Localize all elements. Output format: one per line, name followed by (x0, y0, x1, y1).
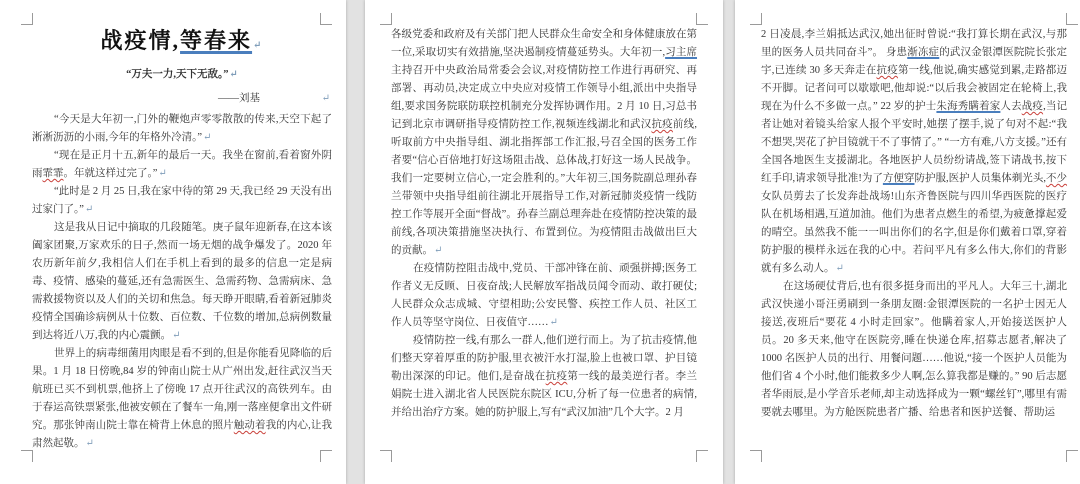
paragraph: ——刘基↵ (32, 87, 332, 111)
paragraph-mark-icon: ↵ (253, 40, 263, 51)
paragraph-mark-icon: ↵ (85, 204, 93, 215)
text-boundary-mark (1066, 450, 1078, 462)
paragraph-mark-icon: ↵ (86, 438, 94, 449)
text-boundary-mark (320, 13, 332, 25)
page-1-content: 战疫情,等春来↵“万夫一力,天下无敌。”↵——刘基↵“今天是大年初一,门外的鞭炮… (0, 0, 346, 450)
text-run: “万夫一力,天下无敌。” (126, 69, 228, 80)
paragraph: 2 日凌晨,李兰娟抵达武汉,她出征时曾说:“我打算长期在武汉,与那里的医务人员共… (761, 26, 1067, 278)
paragraph: “万夫一力,天下无敌。”↵ (32, 63, 332, 87)
spell-marked-text: 抗疫 (546, 371, 568, 382)
paragraph-mark-icon: ↵ (322, 87, 330, 111)
text-run: 防护服,医护人员集体剃光头, (914, 173, 1046, 184)
text-boundary-mark (696, 450, 708, 462)
paragraph: 在这场硬仗背后,也有很多挺身而出的平凡人。大年三十,湖北武汉快递小哥汪勇刷到一条… (761, 278, 1067, 422)
page-3-content: 2 日凌晨,李兰娟抵达武汉,她出征时曾说:“我打算长期在武汉,与那里的医务人员共… (735, 0, 1080, 450)
paragraph: 各级党委和政府及有关部门把人民群众生命安全和身体健康放在第一位,采取切实有效措施… (391, 26, 697, 260)
text-run: 。年就这样过完了。” (64, 168, 158, 179)
text-boundary-mark (380, 13, 392, 25)
document-title: 战疫情,等春来↵ (32, 26, 332, 61)
text-run: “今天是大年初一,门外的鞭炮声零零散散的传来,天空下起了淅淅沥沥的小雨,今年的年… (32, 114, 332, 143)
text-boundary-mark (320, 450, 332, 462)
text-boundary-mark (696, 13, 708, 25)
paragraph: “现在是正月十五,新年的最后一天。我坐在窗前,看着窗外阴雨霏霏。年就这样过完了。… (32, 147, 332, 183)
text-run: 世界上的病毒细菌用肉眼是看不到的,但是你能看见降临的后果。1 月 18 日傍晚,… (32, 348, 332, 431)
text-run: 各级党委和政府及有关部门把人民群众生命安全和身体健康放在第一位,采取切实有效措施… (391, 29, 697, 58)
spell-marked-text: 抗疫 (877, 65, 898, 76)
text-run: 人去 (1000, 101, 1021, 112)
paragraph-mark-icon: ↵ (836, 263, 844, 274)
document-canvas: 战疫情,等春来↵“万夫一力,天下无敌。”↵——刘基↵“今天是大年初一,门外的鞭炮… (0, 0, 1080, 484)
paragraph-mark-icon: ↵ (158, 168, 166, 179)
page-3: 2 日凌晨,李兰娟抵达武汉,她出征时曾说:“我打算长期在武汉,与那里的医务人员共… (735, 0, 1080, 484)
spell-marked-text: 战疫 (1022, 101, 1043, 112)
spell-marked-text: 触动着 (234, 420, 266, 431)
text-run: “此时是 2 月 25 日,我在家中待的第 29 天,我已经 29 天没有出过家… (32, 186, 332, 215)
paragraph-mark-icon: ↵ (550, 317, 558, 328)
grammar-marked-text: 渐冻症 (907, 47, 939, 58)
text-run: 女队员剪去了长发奔赴战场!山东齐鲁医院与四川华西医院的医疗队在机场相遇,互道加油… (761, 191, 1067, 274)
text-boundary-mark (750, 450, 762, 462)
spell-marked-text: 霏霏 (43, 168, 64, 179)
text-run: 在这场硬仗背后,也有很多挺身而出的平凡人。大年三十,湖北武汉快递小哥汪勇刷到一条… (761, 281, 1067, 418)
paragraph: 疫情防控一线,有那么一群人,他们逆行而上。为了抗击疫情,他们整天穿着厚重的防护服… (391, 332, 697, 422)
grammar-marked-text: 等春来 (180, 28, 252, 53)
text-run: ,当记者让她对着镜头给家人报个平安时,她摆了摆手,说了句对不起:“我不想哭,哭花… (761, 101, 1067, 184)
text-boundary-mark (21, 450, 33, 462)
page-2-content: 各级党委和政府及有关部门把人民群众生命安全和身体健康放在第一位,采取切实有效措施… (365, 0, 723, 450)
grammar-marked-text: 方便穿 (883, 173, 915, 184)
page-1: 战疫情,等春来↵“万夫一力,天下无敌。”↵——刘基↵“今天是大年初一,门外的鞭炮… (0, 0, 346, 484)
text-boundary-mark (750, 13, 762, 25)
text-run: 战疫情, (101, 28, 181, 53)
paragraph: “此时是 2 月 25 日,我在家中待的第 29 天,我已经 29 天没有出过家… (32, 183, 332, 219)
text-run: 这是我从日记中摘取的几段随笔。庚子鼠年迎新春,在这本该阖家团聚,万家欢乐的日子,… (32, 222, 332, 341)
paragraph: 在疫情防控阻击战中,党员、干部冲锋在前、顽强拼搏;医务工作者义无反顾、日夜奋战;… (391, 260, 697, 332)
paragraph-mark-icon: ↵ (229, 69, 237, 80)
text-run: 前线,听取前方中央指导组、湖北指挥部工作汇报,号召全国的医务工作者要“信心百倍地… (391, 119, 697, 256)
text-run: 在疫情防控阻击战中,党员、干部冲锋在前、顽强拼搏;医务工作者义无反顾、日夜奋战;… (391, 263, 697, 328)
paragraph: “今天是大年初一,门外的鞭炮声零零散散的传来,天空下起了淅淅沥沥的小雨,今年的年… (32, 111, 332, 147)
paragraph-mark-icon: ↵ (434, 245, 442, 256)
grammar-marked-text: 习主席 (665, 47, 697, 58)
paragraph: 世界上的病毒细菌用肉眼是看不到的,但是你能看见降临的后果。1 月 18 日傍晚,… (32, 345, 332, 450)
text-boundary-mark (1066, 13, 1078, 25)
paragraph-mark-icon: ↵ (172, 330, 180, 341)
text-boundary-mark (380, 450, 392, 462)
text-boundary-mark (21, 13, 33, 25)
spell-marked-text: 抗疫 (651, 119, 672, 130)
grammar-marked-text: 朱海秀瞒着家 (936, 101, 1000, 112)
page-2: 各级党委和政府及有关部门把人民群众生命安全和身体健康放在第一位,采取切实有效措施… (365, 0, 723, 484)
spell-marked-text: 不少 (1046, 173, 1067, 184)
text-run: ——刘基 (218, 93, 260, 104)
paragraph: 这是我从日记中摘取的几段随笔。庚子鼠年迎新春,在这本该阖家团聚,万家欢乐的日子,… (32, 219, 332, 345)
paragraph-mark-icon: ↵ (203, 132, 211, 143)
